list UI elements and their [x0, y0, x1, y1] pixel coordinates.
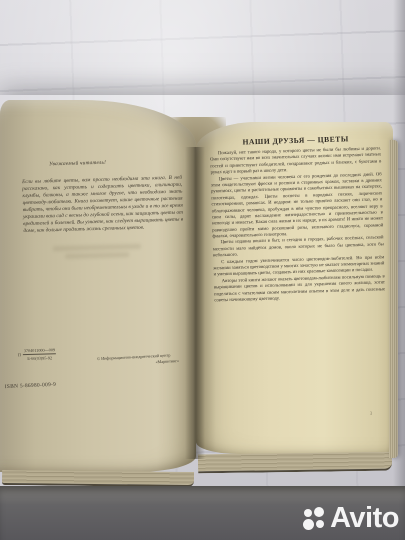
- spine-crease-shadow: [185, 147, 205, 459]
- publication-code-fraction: 3704011000—009 Б-66(03)95-92: [23, 347, 57, 361]
- avito-watermark: Avito: [303, 504, 399, 533]
- page-show-through: [45, 241, 150, 270]
- avito-logo-icon: [303, 507, 325, 530]
- page-number: 3: [370, 412, 373, 417]
- left-page: Уважаемый читатель! Если вы любите цветы…: [0, 100, 196, 472]
- publication-code: П 3704011000—009 Б-66(03)95-92: [18, 347, 57, 361]
- page-block-bottom-edge-right: [198, 452, 392, 474]
- body-paragraph: Авторы этой книги желают оказать цветово…: [214, 274, 386, 305]
- avito-brand-text: Avito: [330, 504, 399, 533]
- open-book: Уважаемый читатель! Если вы любите цветы…: [0, 95, 405, 493]
- chapter-body-text: Пожалуй, нет такого народа, у которого ц…: [210, 146, 385, 304]
- body-paragraph: Цветы — участники жизни человека от его …: [211, 172, 384, 241]
- publication-code-prefix: П: [18, 352, 21, 357]
- isbn-number: ISBN 5-86980-009-9: [5, 382, 57, 390]
- copyright-notice: © Информационно-внедренческий центр «Мар…: [97, 351, 195, 368]
- publication-code-denominator: Б-66(03)95-92: [23, 354, 56, 361]
- photo-of-open-book: Уважаемый читатель! Если вы любите цветы…: [0, 0, 405, 540]
- wall-shadow: [393, 0, 405, 540]
- right-page: НАШИ ДРУЗЬЯ — ЦВЕТЫ Пожалуй, нет такого …: [196, 122, 393, 454]
- page-block-bottom-edge-left: [2, 470, 194, 487]
- left-page-content: Уважаемый читатель! Если вы любите цветы…: [0, 97, 201, 474]
- reader-salutation: Уважаемый читатель!: [28, 159, 128, 168]
- right-page-content: НАШИ ДРУЗЬЯ — ЦВЕТЫ Пожалуй, нет такого …: [191, 119, 398, 457]
- chapter-title: НАШИ ДРУЗЬЯ — ЦВЕТЫ: [210, 133, 382, 147]
- annotation-text: Если вы любите цветы, вам просто необход…: [22, 175, 183, 235]
